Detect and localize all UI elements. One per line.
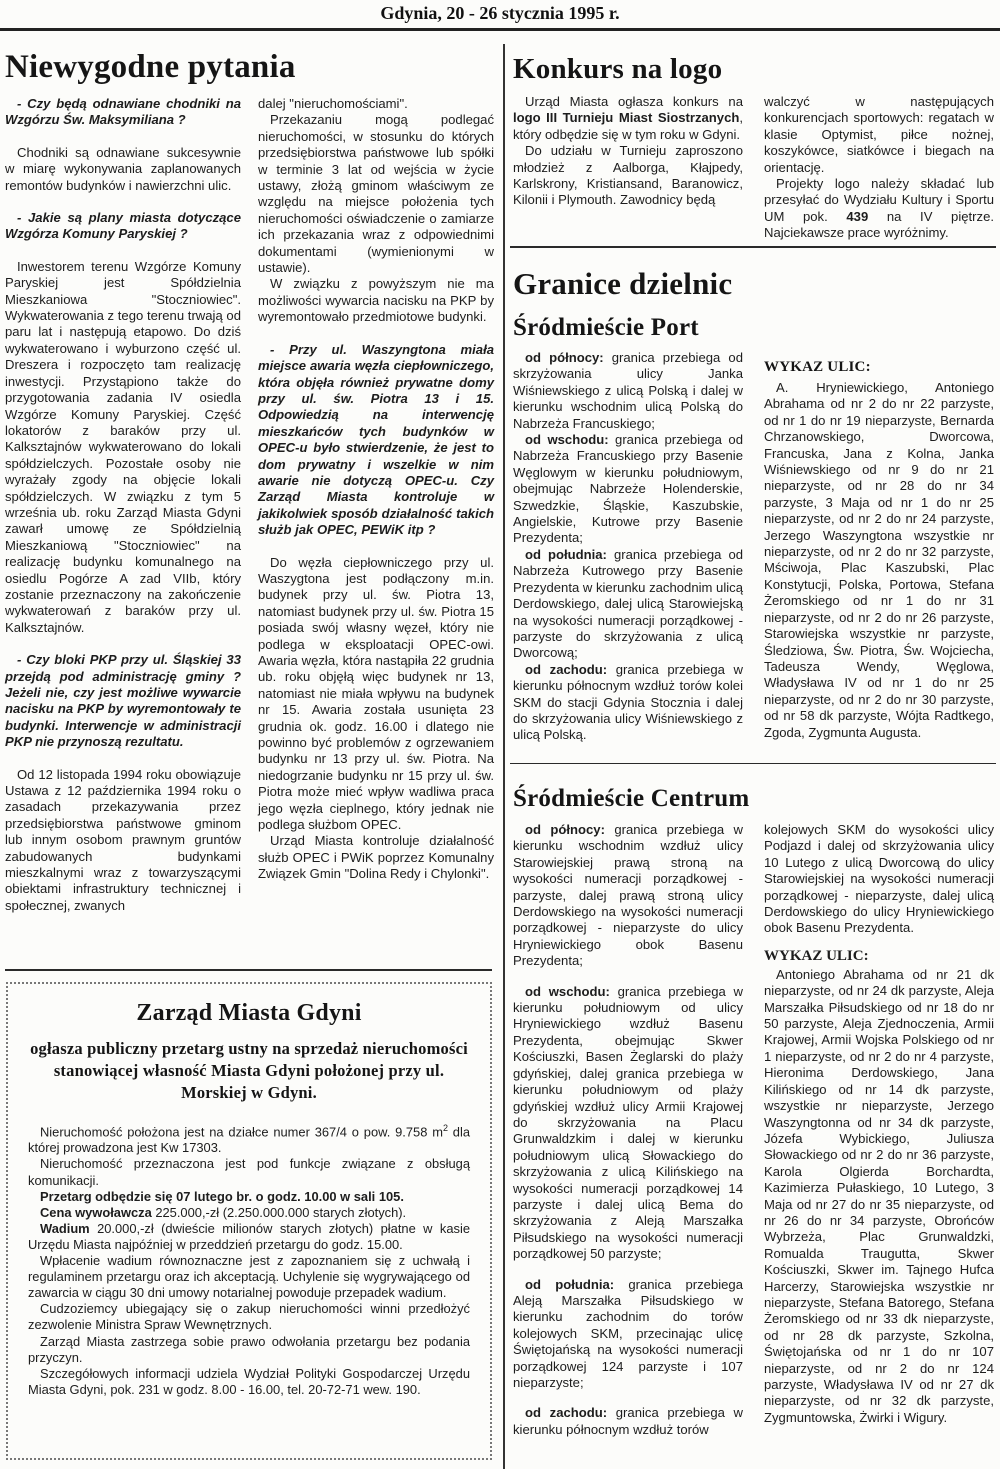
street-list-title: WYKAZ ULIC:: [764, 358, 871, 376]
district-title-centrum: Śródmieście Centrum: [513, 783, 749, 815]
question: - Jakie są plany miasta dotyczące Wzgórz…: [5, 210, 241, 243]
answer: Od 12 listopada 1994 roku obowiązuje Ust…: [5, 767, 241, 915]
masthead: Gdynia, 20 - 26 stycznia 1995 r.: [0, 0, 1000, 30]
notice-title: Zarząd Miasta Gdyni: [28, 998, 470, 1028]
notice-paragraph: Nieruchomość położona jest na działce nu…: [28, 1120, 470, 1156]
district-title-port: Śródmieście Port: [513, 312, 699, 344]
article-column-2: dalej "nieruchomościami". Przekazaniu mo…: [258, 96, 494, 883]
article-column-1: - Czy będą odnawiane chodniki na Wzgórzu…: [5, 96, 241, 914]
border-paragraph: od wschodu: granica przebiega w kierunku…: [513, 984, 743, 1263]
question: - Przy ul. Waszyngtona miała miejsce awa…: [258, 342, 494, 539]
column-divider: [503, 44, 505, 1469]
notice-paragraph: Nieruchomość przeznaczona jest pod funkc…: [28, 1156, 470, 1188]
notice-paragraph: Przetarg odbędzie się 07 lutego br. o go…: [28, 1189, 470, 1205]
konkurs-paragraph: walczyć w następujących konkurencjach sp…: [764, 94, 994, 176]
notice-paragraph: Cudzoziemcy ubiegający się o zakup nieru…: [28, 1301, 470, 1333]
konkurs-column-1: Urząd Miasta ogłasza konkurs na logo III…: [513, 94, 743, 209]
street-list-text: Antoniego Abrahama od nr 21 dk nieparzys…: [764, 967, 994, 1426]
article-title-niewygodne-pytania: Niewygodne pytania: [5, 48, 296, 86]
border-paragraph: od południa: granica przebiega Aleją Mar…: [513, 1277, 743, 1392]
konkurs-column-2: walczyć w następujących konkurencjach sp…: [764, 94, 994, 242]
border-paragraph: od północy: granica przebiega w kierunku…: [513, 822, 743, 970]
section-divider: [510, 763, 996, 764]
answer-continued: dalej "nieruchomościami".: [258, 96, 494, 112]
answer: Do węzła ciepłowniczego przy ul. Waszygt…: [258, 555, 494, 834]
border-paragraph: od zachodu: granica przebiega w kierunku…: [513, 1405, 743, 1438]
answer: Chodniki są odnawiane sukcesywnie w miar…: [5, 145, 241, 194]
question: - Czy bloki PKP przy ul. Śląskiej 33 prz…: [5, 652, 241, 750]
port-borders: od północy: granica przebiega od skrzyżo…: [513, 350, 743, 744]
tender-notice-box: Zarząd Miasta Gdyni ogłasza publiczny pr…: [6, 982, 492, 1460]
border-paragraph: od północy: granica przebiega od skrzyżo…: [513, 350, 743, 432]
answer: W związku z powyższym nie ma możliwości …: [258, 276, 494, 325]
border-paragraph: od zachodu: granica przebiega w kierunku…: [513, 662, 743, 744]
notice-paragraph: Zarząd Miasta zastrzega sobie prawo odwo…: [28, 1334, 470, 1366]
answer: Przekazaniu mogą podlegać nieruchomości,…: [258, 112, 494, 276]
centrum-column-2: kolejowych SKM do wysokości ulicy Podjaz…: [764, 822, 994, 1426]
question: - Czy będą odnawiane chodniki na Wzgórzu…: [5, 96, 241, 129]
article-title-konkurs: Konkurs na logo: [513, 52, 722, 86]
border-paragraph: od wschodu: granica przebiega od Nabrzeż…: [513, 432, 743, 547]
answer: Inwestorem terenu Wzgórze Komuny Paryski…: [5, 259, 241, 636]
notice-subtitle: ogłasza publiczny przetarg ustny na sprz…: [28, 1038, 470, 1104]
section-divider: [5, 969, 492, 971]
notice-paragraph: Cena wywoławcza 225.000,-zł (2.250.000.0…: [28, 1205, 470, 1221]
centrum-borders: od północy: granica przebiega w kierunku…: [513, 822, 743, 1438]
notice-body: Nieruchomość położona jest na działce nu…: [28, 1120, 470, 1398]
article-title-granice: Granice dzielnic: [513, 265, 732, 303]
border-paragraph: od południa: granica przebiega od Nabrze…: [513, 547, 743, 662]
street-list-text: A. Hryniewickiego, Antoniego Abrahama od…: [764, 380, 994, 741]
section-divider: [510, 246, 996, 248]
notice-paragraph: Wpłacenie wadium równoznaczne jest z zap…: [28, 1253, 470, 1301]
street-list-title: WYKAZ ULIC:: [764, 947, 994, 965]
issue-date: Gdynia, 20 - 26 stycznia 1995 r.: [0, 3, 1000, 24]
border-paragraph-continued: kolejowych SKM do wysokości ulicy Podjaz…: [764, 822, 994, 937]
konkurs-paragraph: Projekty logo należy składać lub przesył…: [764, 176, 994, 242]
port-street-list: A. Hryniewickiego, Antoniego Abrahama od…: [764, 380, 994, 741]
konkurs-paragraph: Urząd Miasta ogłasza konkurs na logo III…: [513, 94, 743, 143]
notice-paragraph: Wadium 20.000,-zł (dwieście milionów sta…: [28, 1221, 470, 1253]
answer: Urząd Miasta kontroluje działalność służ…: [258, 833, 494, 882]
masthead-rule: [0, 28, 1000, 31]
konkurs-paragraph: Do udziału w Turnieju zaproszono młodzie…: [513, 143, 743, 209]
notice-paragraph: Szczegółowych informacji udziela Wydział…: [28, 1366, 470, 1398]
